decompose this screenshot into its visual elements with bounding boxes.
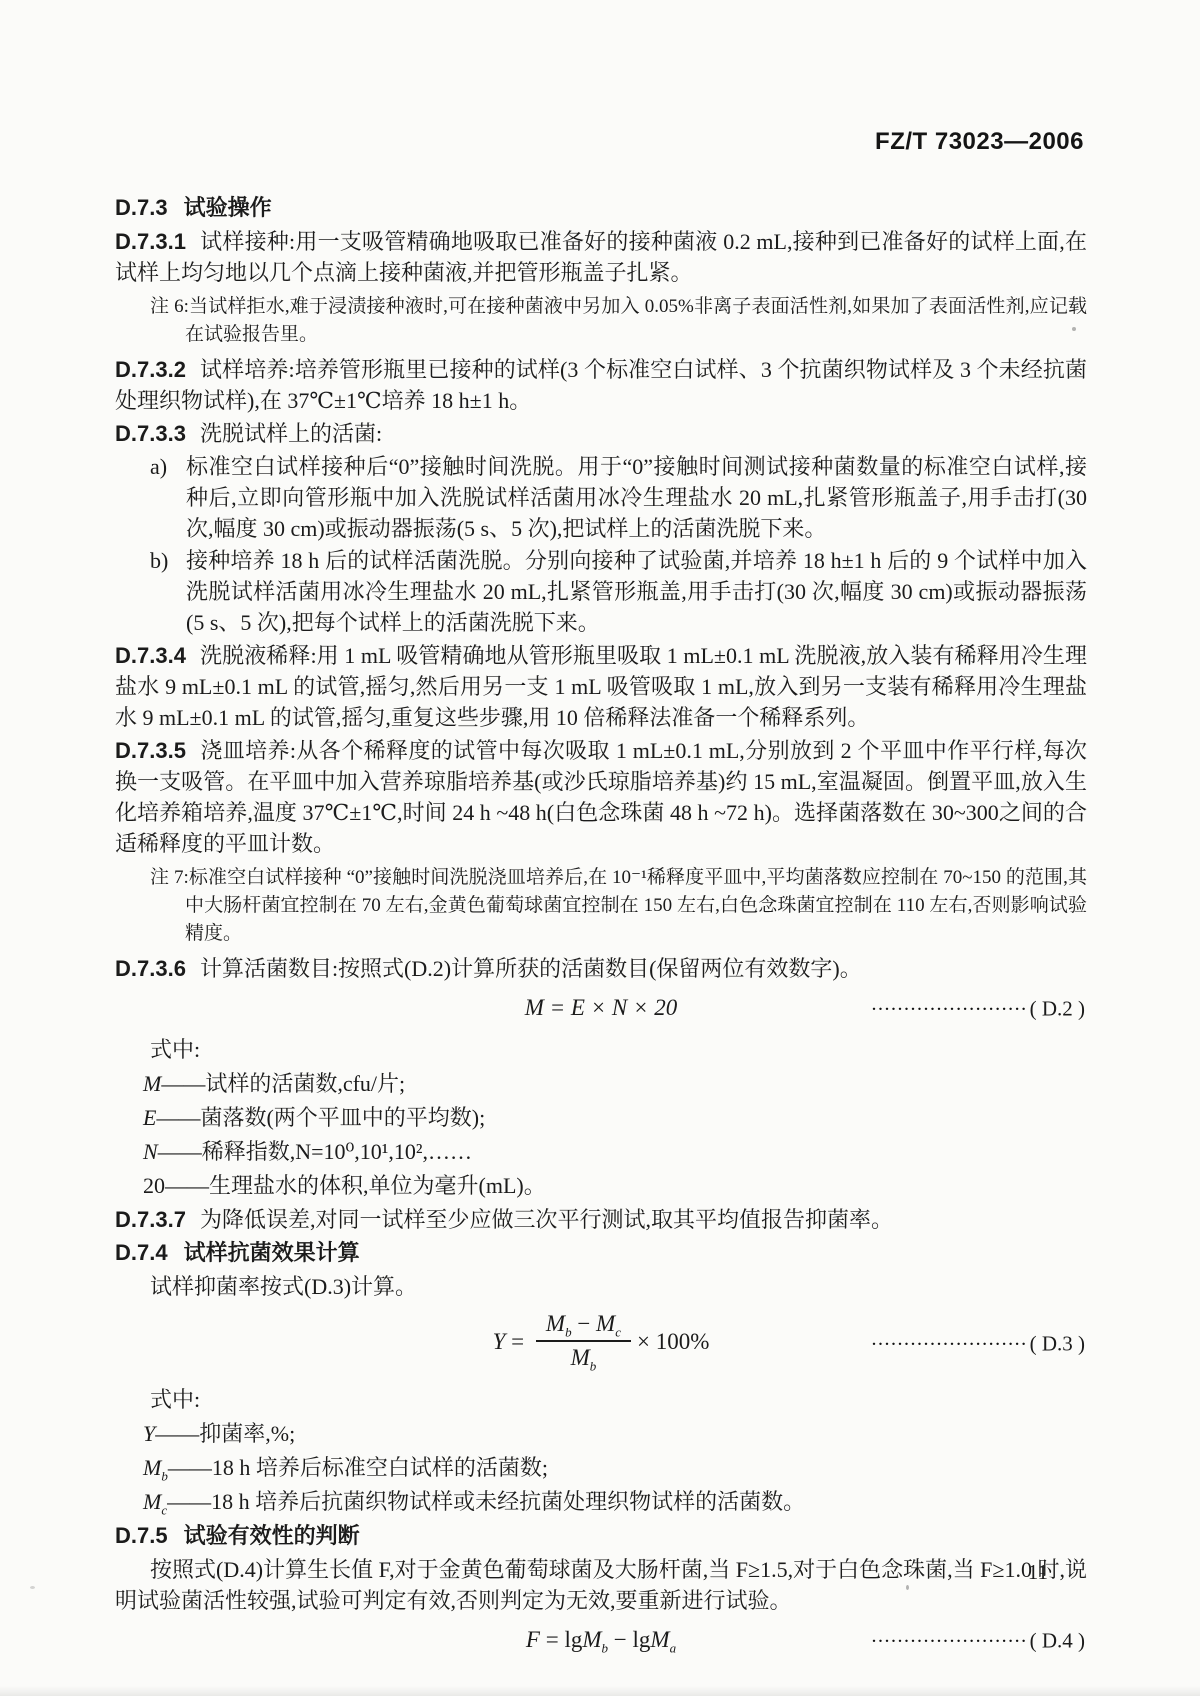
- variable-Mb: M: [546, 1311, 565, 1336]
- list-item-text: 标准空白试样接种后“0”接触时间洗脱。用于“0”接触时间测试接种菌数量的标准空白…: [186, 451, 1087, 544]
- definition-Mb: Mb——18 h 培养后标准空白试样的活菌数;: [143, 1452, 1087, 1483]
- equation-number: ( D.4 ): [1030, 1629, 1085, 1653]
- clause-number: D.7.3.5: [115, 738, 186, 763]
- equation-d2-reference: ························( D.2 ): [872, 993, 1085, 1026]
- note-text: 标准空白试样接种 “0”接触时间洗脱浇皿培养后,在 10⁻¹稀释度平皿中,平均菌…: [185, 867, 1087, 944]
- clause-text: 试样接种:用一支吸管精确地吸取已准备好的接种菌液 0.2 mL,接种到已准备好的…: [115, 229, 1087, 285]
- list-item-a: a) 标准空白试样接种后“0”接触时间洗脱。用于“0”接触时间测试接种菌数量的标…: [115, 451, 1087, 544]
- clause-text: 洗脱试样上的活菌:: [200, 421, 382, 446]
- variable-symbol: M: [143, 1455, 161, 1480]
- variable-Mc: M: [596, 1311, 615, 1336]
- definition-N: N——稀释指数,N=10⁰,10¹,10²,……: [143, 1136, 1087, 1167]
- definition-Mc: Mc——18 h 培养后抗菌织物试样或未经抗菌处理织物试样的活菌数。: [143, 1486, 1087, 1517]
- equation-d3-reference: ························( D.3 ): [872, 1328, 1085, 1361]
- paragraph-d74-intro: 试样抑菌率按式(D.3)计算。: [115, 1271, 1087, 1302]
- formula-d2: M = E × N × 20 ························(…: [115, 992, 1087, 1026]
- equals-sign: =: [505, 1329, 529, 1354]
- equals-lg: = lg: [540, 1627, 582, 1652]
- dot-leader: ························: [872, 1002, 1028, 1018]
- fraction-denominator: Mb: [536, 1342, 631, 1371]
- clause-text: 试样培养:培养管形瓶里已接种的试样(3 个标准空白试样、3 个抗菌织物试样及 3…: [115, 357, 1087, 413]
- definition-20: 20——生理盐水的体积,单位为毫升(mL)。: [143, 1170, 1087, 1201]
- scan-edge-shadow: [0, 1686, 1200, 1696]
- note-label: 注 6:: [150, 296, 189, 317]
- clause-text: 洗脱液稀释:用 1 mL 吸管精确地从管形瓶里吸取 1 mL±0.1 mL 洗脱…: [115, 643, 1087, 730]
- document-body: D.7.3试验操作 D.7.3.1试样接种:用一支吸管精确地吸取已准备好的接种菌…: [115, 190, 1087, 1666]
- definition-text: ——抑菌率,%;: [155, 1421, 295, 1446]
- minus-lg: − lg: [608, 1627, 650, 1652]
- section-heading-d75: D.7.5试验有效性的判断: [115, 1520, 1087, 1551]
- scan-speck: [906, 1585, 909, 1590]
- definition-Y: Y——抑菌率,%;: [143, 1418, 1087, 1449]
- section-title: 试验有效性的判断: [184, 1523, 360, 1548]
- variable-symbol: Y: [143, 1421, 155, 1446]
- variable-Y: Y: [493, 1329, 506, 1354]
- variable-symbol: M: [143, 1489, 161, 1514]
- formula-d4: F = lgMb − lgMa ························…: [115, 1624, 1087, 1658]
- clause-text: 计算活菌数目:按照式(D.2)计算所获的活菌数目(保留两位有效数字)。: [200, 956, 862, 981]
- formula-d3: Y = Mb − McMb× 100% ····················…: [115, 1314, 1087, 1374]
- clause-number: D.7.3.2: [115, 357, 186, 382]
- list-item-text: 接种培养 18 h 后的试样活菌洗脱。分别向接种了试验菌,并培养 18 h±1 …: [186, 545, 1087, 638]
- variable-Ma: M: [650, 1627, 669, 1652]
- clause-number: D.7.3.1: [115, 229, 186, 254]
- definition-text: ——18 h 培养后标准空白试样的活菌数;: [168, 1455, 548, 1480]
- definition-text: ——菌落数(两个平皿中的平均数);: [156, 1105, 485, 1130]
- definition-M: M——试样的活菌数,cfu/片;: [143, 1068, 1087, 1099]
- definition-text: ——试样的活菌数,cfu/片;: [161, 1071, 405, 1096]
- equation-number: ( D.3 ): [1030, 1332, 1085, 1356]
- variable-Mb: M: [582, 1627, 601, 1652]
- document-page: { "header": { "standard_number": "FZ/T 7…: [0, 0, 1200, 1696]
- variable-Mb: M: [571, 1345, 590, 1370]
- paragraph-d732: D.7.3.2试样培养:培养管形瓶里已接种的试样(3 个标准空白试样、3 个抗菌…: [115, 354, 1087, 416]
- list-item-b: b) 接种培养 18 h 后的试样活菌洗脱。分别向接种了试验菌,并培养 18 h…: [115, 545, 1087, 638]
- times-100-percent: × 100%: [637, 1329, 709, 1354]
- subscript-c: c: [615, 1325, 621, 1340]
- section-title: 试验操作: [184, 195, 272, 220]
- variable-F: F: [526, 1627, 540, 1652]
- subscript-b: b: [590, 1359, 597, 1374]
- section-heading-d733-parent: D.7.3试验操作: [115, 192, 1087, 223]
- section-heading-d74: D.7.4试样抗菌效果计算: [115, 1237, 1087, 1268]
- equation-d2-body: M = E × N × 20: [525, 995, 678, 1020]
- note-7: 注 7:标准空白试样接种 “0”接触时间洗脱浇皿培养后,在 10⁻¹稀释度平皿中…: [115, 864, 1087, 948]
- scan-speck: [1072, 327, 1076, 331]
- note-text: 当试样拒水,难于浸渍接种液时,可在接种菌液中另加入 0.05%非离子表面活性剂,…: [185, 296, 1087, 345]
- subscript-a: a: [670, 1641, 677, 1656]
- list-marker: a): [150, 451, 186, 544]
- clause-number: D.7.3.3: [115, 421, 186, 446]
- definition-text: ——稀释指数,N=10⁰,10¹,10²,……: [158, 1139, 472, 1164]
- definition-E: E——菌落数(两个平皿中的平均数);: [143, 1102, 1087, 1133]
- definition-text: ——生理盐水的体积,单位为毫升(mL)。: [165, 1173, 546, 1198]
- paragraph-d736: D.7.3.6计算活菌数目:按照式(D.2)计算所获的活菌数目(保留两位有效数字…: [115, 953, 1087, 984]
- equation-d4-body: F = lgMb − lgMa: [526, 1627, 676, 1652]
- paragraph-d735: D.7.3.5浇皿培养:从各个稀释度的试管中每次吸取 1 mL±0.1 mL,分…: [115, 735, 1087, 859]
- variable-symbol: 20: [143, 1173, 165, 1198]
- where-intro-d3: 式中:: [150, 1384, 1087, 1415]
- fraction-numerator: Mb − Mc: [536, 1311, 631, 1342]
- paragraph-d75: 按照式(D.4)计算生长值 F,对于金黄色葡萄球菌及大肠杆菌,当 F≥1.5,对…: [115, 1554, 1087, 1616]
- minus-sign: −: [572, 1311, 596, 1336]
- note-6: 注 6:当试样拒水,难于浸渍接种液时,可在接种菌液中另加入 0.05%非离子表面…: [115, 293, 1087, 349]
- section-number: D.7.5: [115, 1523, 168, 1548]
- note-label: 注 7:: [150, 867, 189, 888]
- section-number: D.7.3: [115, 195, 168, 220]
- paragraph-d731: D.7.3.1试样接种:用一支吸管精确地吸取已准备好的接种菌液 0.2 mL,接…: [115, 226, 1087, 288]
- variable-symbol: M: [143, 1071, 161, 1096]
- equation-d4-reference: ························( D.4 ): [872, 1625, 1085, 1658]
- variable-symbol: N: [143, 1139, 158, 1164]
- standard-number-header: FZ/T 73023—2006: [875, 128, 1084, 156]
- equation-number: ( D.2 ): [1030, 997, 1085, 1021]
- paragraph-d734: D.7.3.4洗脱液稀释:用 1 mL 吸管精确地从管形瓶里吸取 1 mL±0.…: [115, 640, 1087, 733]
- dot-leader: ························: [872, 1634, 1028, 1650]
- clause-text: 为降低误差,对同一试样至少应做三次平行测试,取其平均值报告抑菌率。: [200, 1207, 893, 1232]
- definition-text: ——18 h 培养后抗菌织物试样或未经抗菌处理织物试样的活菌数。: [167, 1489, 805, 1514]
- section-title: 试样抗菌效果计算: [184, 1240, 360, 1265]
- page-number: 11: [1028, 1560, 1048, 1585]
- list-marker: b): [150, 545, 186, 638]
- equation-d3-body: Y = Mb − McMb× 100%: [493, 1329, 710, 1354]
- where-intro-d2: 式中:: [150, 1034, 1087, 1065]
- section-number: D.7.4: [115, 1240, 168, 1265]
- clause-number: D.7.3.7: [115, 1207, 186, 1232]
- scan-speck: [30, 1586, 35, 1589]
- paragraph-d737: D.7.3.7为降低误差,对同一试样至少应做三次平行测试,取其平均值报告抑菌率。: [115, 1204, 1087, 1235]
- clause-number: D.7.3.4: [115, 643, 186, 668]
- clause-text: 浇皿培养:从各个稀释度的试管中每次吸取 1 mL±0.1 mL,分别放到 2 个…: [115, 738, 1087, 856]
- fraction: Mb − McMb: [536, 1311, 631, 1371]
- paragraph-d733: D.7.3.3洗脱试样上的活菌:: [115, 418, 1087, 449]
- variable-symbol: E: [143, 1105, 156, 1130]
- clause-number: D.7.3.6: [115, 956, 186, 981]
- dot-leader: ························: [872, 1337, 1028, 1353]
